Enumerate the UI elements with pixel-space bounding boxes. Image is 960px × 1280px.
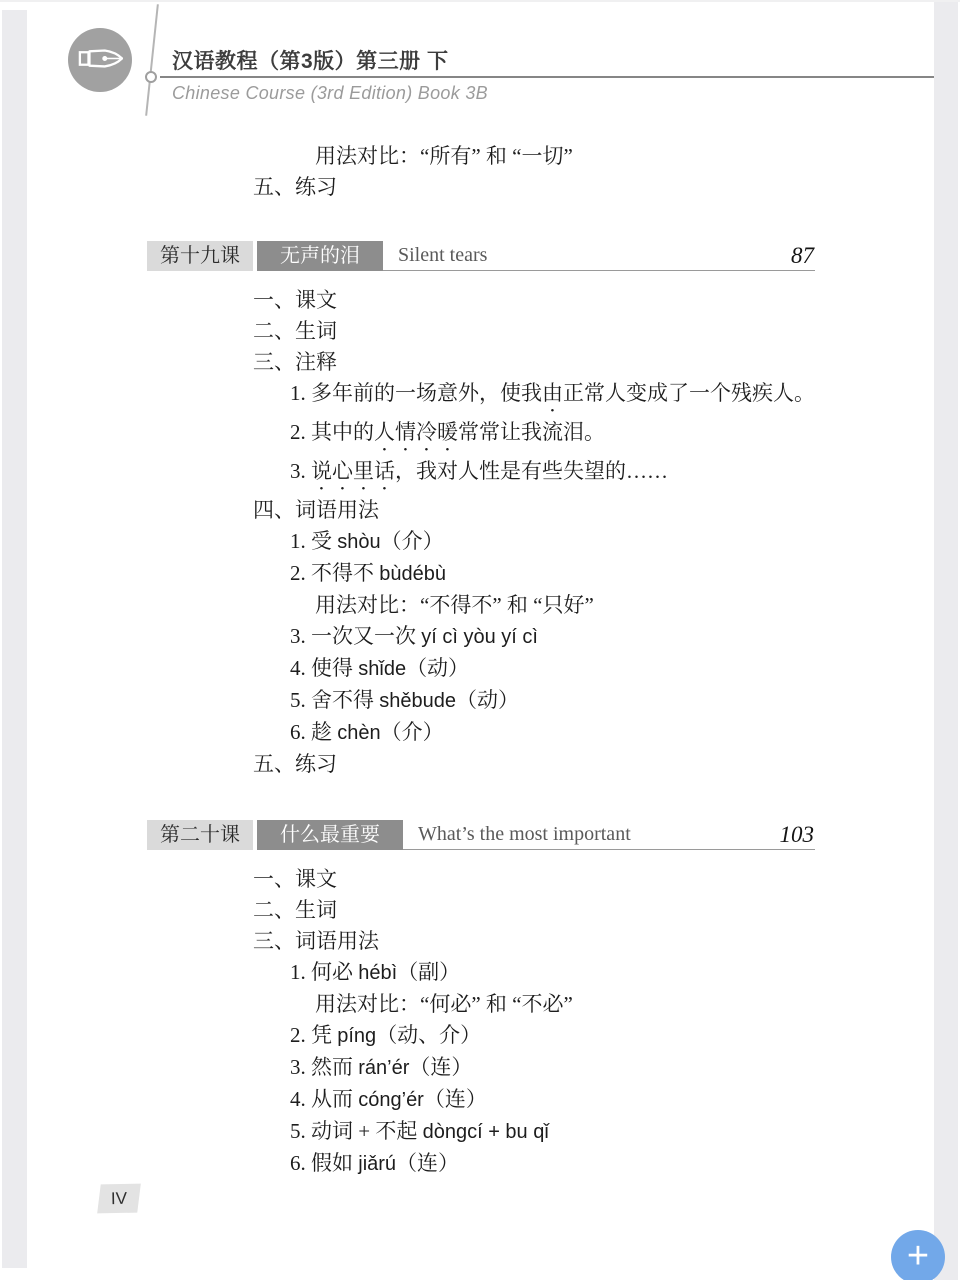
toc-line: 用法对比：“不得不” 和 “只好” [147, 590, 815, 621]
chinese-text: （连） [409, 1055, 472, 1079]
lesson-entries: 一、课文二、生词三、词语用法1. 何必 hébì（副）用法对比：“何必” 和 “… [147, 864, 815, 1180]
chinese-text: 4. 使得 [290, 656, 358, 680]
toc-line: 4. 使得 shǐde（动） [147, 653, 815, 685]
toc-line: 一、课文 [147, 285, 815, 316]
pinyin-text: rán’ér [358, 1057, 409, 1079]
chinese-text: （动） [406, 656, 469, 680]
lesson-row: 第二十课 什么最重要 What’s the most important 103 [147, 820, 815, 850]
toc-line: 5. 舍不得 shěbude（动） [147, 685, 815, 717]
chinese-text: （连） [396, 1151, 459, 1175]
chinese-text: （动） [456, 688, 519, 712]
toc-line: 三、词语用法 [147, 926, 815, 957]
chinese-text: 5. 动词 + 不起 [290, 1119, 423, 1143]
lesson-page-number: 87 [791, 243, 815, 269]
chinese-text: 2. 不得不 [290, 561, 379, 585]
toc-line: 二、生词 [147, 316, 815, 347]
left-margin-strip [2, 10, 27, 1268]
toc-line: 1. 多年前的一场意外，使我由正常人变成了一个残疾人。 [147, 378, 815, 417]
chinese-text: 四、词语用法 [253, 498, 379, 522]
lesson-title-zh-badge: 什么最重要 [257, 820, 403, 850]
chinese-text: 3. [290, 459, 311, 483]
page-header: 汉语教程（第3版）第三册 下 Chinese Course (3rd Editi… [0, 0, 934, 125]
toc-line: 3. 说心里话，我对人性是有些失望的…… [147, 456, 815, 495]
lesson-section-19: 第十九课 无声的泪 Silent tears 87 一、课文二、生词三、注释1.… [147, 241, 815, 780]
chinese-text: 2. 其中的 [290, 420, 374, 444]
chinese-text: （介） [381, 720, 444, 744]
toc-line: 5. 动词 + 不起 dòngcí + bu qǐ [147, 1116, 815, 1148]
toc-line: 2. 不得不 bùdébù [147, 558, 815, 590]
toc-line: 6. 假如 jiǎrú（连） [147, 1148, 815, 1180]
chinese-text: 6. 趁 [290, 720, 337, 744]
lesson-entries: 一、课文二、生词三、注释1. 多年前的一场意外，使我由正常人变成了一个残疾人。2… [147, 285, 815, 780]
chinese-text: （连） [424, 1087, 487, 1111]
decorative-diagonal-line [145, 4, 159, 116]
lesson-title-en: Silent tears [398, 244, 791, 267]
pre-lesson-entries: 用法对比：“所有” 和 “一切”五、练习 [147, 141, 815, 203]
pinyin-text: shǐde [358, 658, 406, 680]
chinese-text: 三、词语用法 [253, 929, 379, 953]
pinyin-text: hébì [358, 962, 397, 984]
lesson-title-en: What’s the most important [418, 823, 780, 846]
header-divider-line [160, 76, 934, 78]
pinyin-text: píng [337, 1025, 376, 1047]
chinese-text: （副） [397, 960, 460, 984]
right-margin-strip [934, 2, 958, 1280]
chinese-text: （介） [381, 529, 444, 553]
lesson-row-body: 无声的泪 Silent tears 87 [257, 241, 815, 271]
book-title-en: Chinese Course (3rd Edition) Book 3B [172, 83, 488, 104]
toc-line: 五、练习 [147, 172, 815, 203]
decorative-ring [145, 71, 157, 83]
lesson-label-badge: 第二十课 [147, 820, 253, 850]
chinese-text: 1. 何必 [290, 960, 358, 984]
chinese-text: 用法对比：“何必” 和 “不必” [315, 992, 573, 1016]
chinese-text: 正常人变成了一个残疾人。 [563, 381, 815, 405]
pinyin-text: shòu [337, 531, 380, 553]
table-of-contents: 用法对比：“所有” 和 “一切”五、练习 第十九课 无声的泪 Silent te… [147, 141, 815, 1180]
chinese-text: （动、介） [376, 1023, 481, 1047]
toc-line: 1. 何必 hébì（副） [147, 957, 815, 989]
toc-line: 三、注释 [147, 347, 815, 378]
pinyin-text: shěbude [379, 690, 456, 712]
toc-line: 4. 从而 cóng’ér（连） [147, 1084, 815, 1116]
pinyin-text: dòngcí + bu qǐ [423, 1121, 549, 1143]
emphasized-text: 人情冷暖 [374, 420, 458, 444]
pinyin-text: yí cì yòu yí cì [421, 626, 538, 648]
chinese-text: 二、生词 [253, 319, 337, 343]
chinese-text: 五、练习 [253, 752, 337, 776]
page-number-text: IV [111, 1188, 127, 1208]
chinese-text: 6. 假如 [290, 1151, 358, 1175]
toc-line: 2. 凭 píng（动、介） [147, 1020, 815, 1052]
chinese-text: 2. 凭 [290, 1023, 337, 1047]
toc-line: 一、课文 [147, 864, 815, 895]
chinese-text: 三、注释 [253, 350, 337, 374]
lesson-section-20: 第二十课 什么最重要 What’s the most important 103… [147, 820, 815, 1180]
chinese-text: 1. 受 [290, 529, 337, 553]
lesson-title-zh-badge: 无声的泪 [257, 241, 383, 271]
add-button[interactable]: + [891, 1230, 945, 1280]
page-number-badge: IV [97, 1184, 141, 1214]
toc-line: 3. 然而 rán’ér（连） [147, 1052, 815, 1084]
pinyin-text: jiǎrú [358, 1153, 396, 1175]
pinyin-text: bùdébù [379, 563, 446, 585]
chinese-text: 二、生词 [253, 898, 337, 922]
chinese-text: 一、课文 [253, 867, 337, 891]
chinese-text: 五、练习 [253, 175, 337, 199]
chinese-text: 4. 从而 [290, 1087, 358, 1111]
lesson-label-badge: 第十九课 [147, 241, 253, 271]
chinese-text: 5. 舍不得 [290, 688, 379, 712]
chinese-text: 用法对比：“不得不” 和 “只好” [315, 593, 594, 617]
toc-line: 用法对比：“何必” 和 “不必” [147, 989, 815, 1020]
chinese-text: ，我对人性是有些失望的…… [395, 459, 668, 483]
chinese-text: 常常让我流泪。 [458, 420, 605, 444]
toc-line: 四、词语用法 [147, 495, 815, 526]
book-title-zh: 汉语教程（第3版）第三册 下 [172, 45, 449, 75]
lesson-page-number: 103 [780, 822, 816, 848]
toc-line: 二、生词 [147, 895, 815, 926]
emphasized-text: 由 [542, 381, 563, 405]
plus-icon: + [907, 1237, 929, 1275]
publisher-logo [68, 28, 132, 92]
lesson-row: 第十九课 无声的泪 Silent tears 87 [147, 241, 815, 271]
pinyin-text: chèn [337, 722, 380, 744]
chinese-text: 一、课文 [253, 288, 337, 312]
toc-line: 6. 趁 chèn（介） [147, 717, 815, 749]
emphasized-text: 说心里话 [311, 459, 395, 483]
pinyin-text: cóng’ér [358, 1089, 424, 1111]
lesson-row-body: 什么最重要 What’s the most important 103 [257, 820, 815, 850]
toc-line: 1. 受 shòu（介） [147, 526, 815, 558]
chinese-text: 3. 一次又一次 [290, 624, 421, 648]
chinese-text: 1. 多年前的一场意外，使我 [290, 381, 542, 405]
pen-nib-icon [77, 44, 123, 77]
toc-line: 3. 一次又一次 yí cì yòu yí cì [147, 621, 815, 653]
chinese-text: 用法对比：“所有” 和 “一切” [315, 144, 573, 168]
chinese-text: 3. 然而 [290, 1055, 358, 1079]
toc-line: 2. 其中的人情冷暖常常让我流泪。 [147, 417, 815, 456]
toc-line: 五、练习 [147, 749, 815, 780]
toc-line: 用法对比：“所有” 和 “一切” [147, 141, 815, 172]
